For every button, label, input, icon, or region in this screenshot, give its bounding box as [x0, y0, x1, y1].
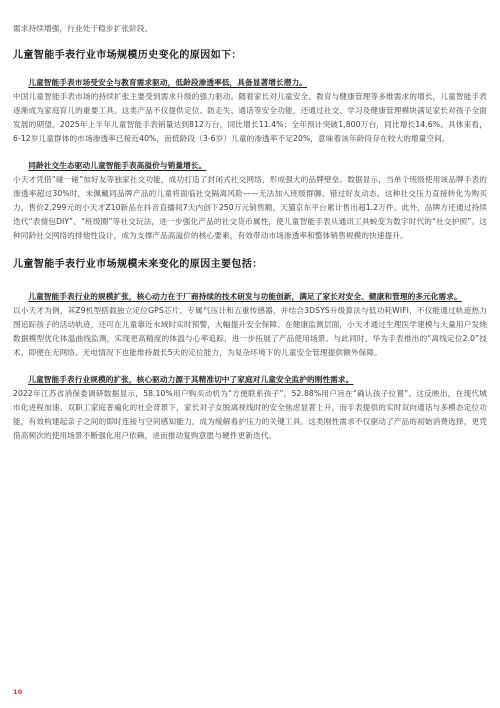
paragraph-lead-sentence: 儿童智能手表行业的规模扩张，核心动力在于厂商持续的技术研发与功能创新，满足了家长… [13, 290, 487, 304]
paragraph-lead-sentence: 儿童智能手表市场受安全与教育需求驱动，低龄段渗透率低，具备显著增长潜力。 [13, 76, 487, 90]
section1-paragraph-2: 同龄社交生态驱动儿童智能手表高溢价与销量增长。 小天才凭借“碰一碰”加好友等独家… [13, 159, 487, 242]
section1-paragraph-1: 儿童智能手表市场受安全与教育需求驱动，低龄段渗透率低，具备显著增长潜力。 中国儿… [13, 76, 487, 146]
page-number: 10 [13, 688, 22, 696]
paragraph-lead-sentence: 同龄社交生态驱动儿童智能手表高溢价与销量增长。 [13, 159, 487, 173]
section2-paragraph-1: 儿童智能手表行业的规模扩张，核心动力在于厂商持续的技术研发与功能创新，满足了家长… [13, 290, 487, 360]
section2-paragraph-2: 儿童智能手表行业规模的扩张，核心驱动力源于其精准切中了家庭对儿童安全监护的刚性需… [13, 373, 487, 443]
section1-heading: 儿童智能手表行业市场规模历史变化的原因如下： [13, 49, 487, 62]
document-page: 需求持续增强，行业处于稳步扩张阶段。 儿童智能手表行业市场规模历史变化的原因如下… [0, 0, 500, 708]
section2-heading: 儿童智能手表行业市场规模未来变化的原因主要包括： [13, 258, 487, 271]
paragraph-lead-sentence: 儿童智能手表行业规模的扩张，核心驱动力源于其精准切中了家庭对儿童安全监护的刚性需… [13, 373, 487, 387]
paragraph-body-text: 以小天才为例，其Z9机型搭载独立定位GPS芯片、专属气压计和五重传感器，并结合3… [13, 304, 487, 360]
paragraph-body-text: 中国儿童智能手表市场的持续扩张主要受到需求升级的强力驱动。随着家长对儿童安全、教… [13, 90, 487, 146]
paragraph-body-text: 2022年江苏省消保委调研数据显示，58.10%用户购买动机为“方便联系孩子”，… [13, 387, 487, 443]
intro-paragraph-continuation: 需求持续增强，行业处于稳步扩张阶段。 [13, 22, 487, 36]
paragraph-body-text: 小天才凭借“碰一碰”加好友等独家社交功能，成功打造了封闭式社交网络，形成强大的品… [13, 173, 487, 243]
